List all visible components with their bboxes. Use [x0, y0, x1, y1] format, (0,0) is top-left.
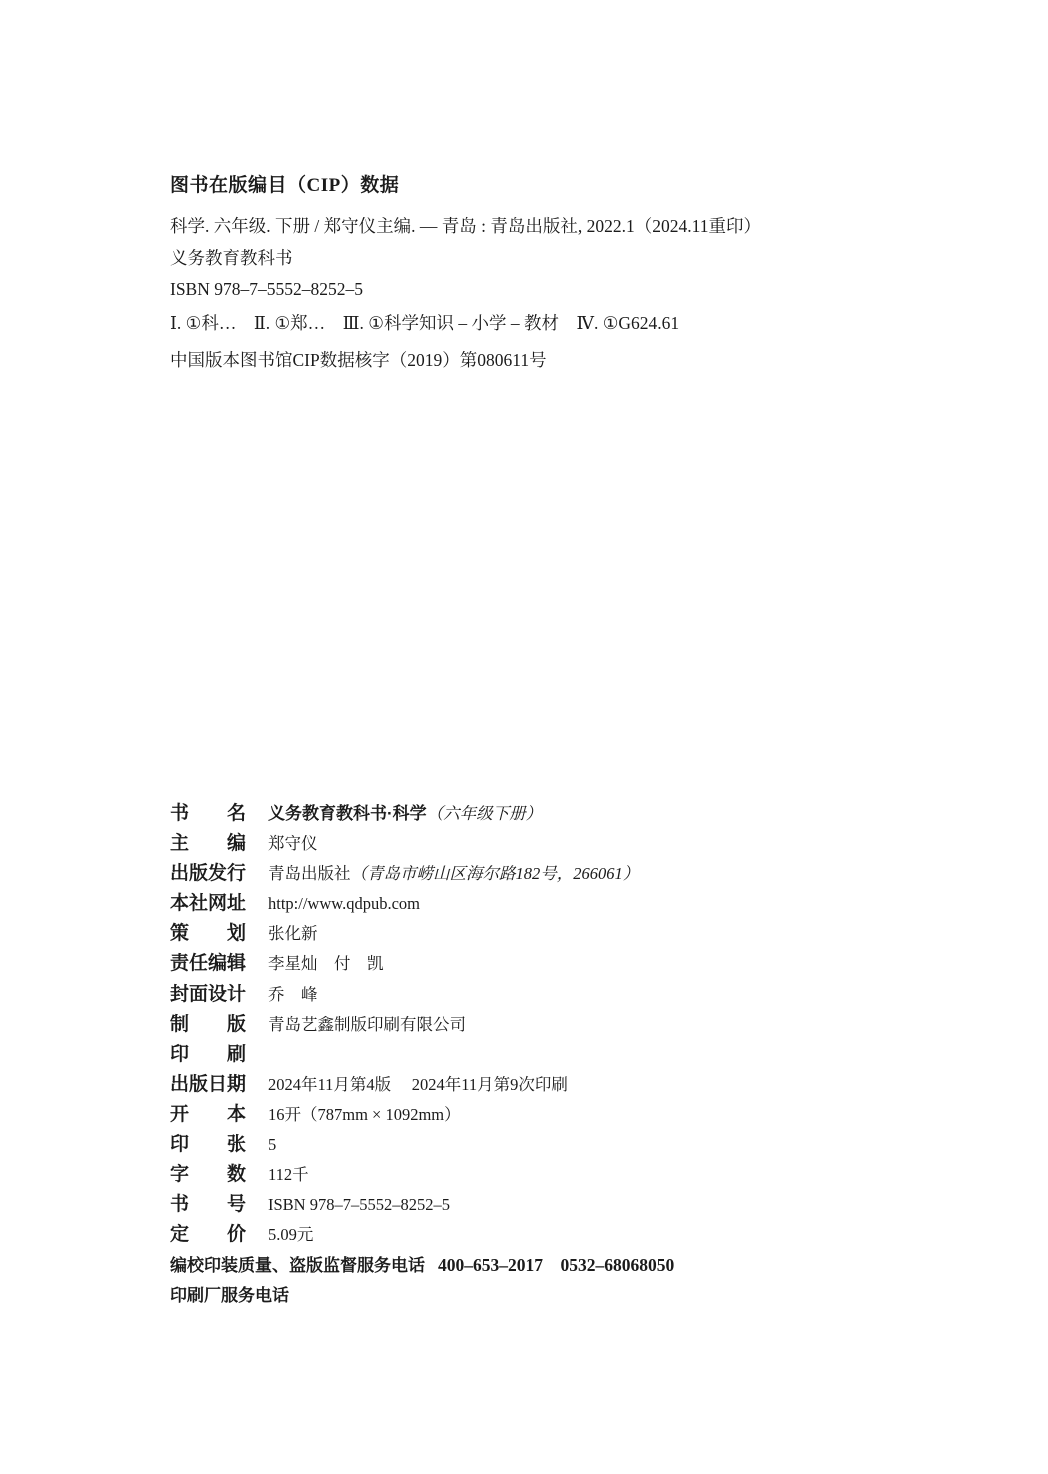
row-value: 张化新	[268, 919, 318, 949]
cip-classification-line: Ⅰ. ①科… Ⅱ. ①郑… Ⅲ. ①科学知识 – 小学 – 教材 Ⅳ. ①G62…	[170, 308, 890, 340]
colophon-row-responsible-editor: 责任编辑 李星灿 付 凯	[170, 949, 930, 979]
row-value-plain: ISBN 978–7–5552–8252–5	[268, 1195, 450, 1214]
colophon-row-publisher: 出版发行 青岛出版社（青岛市崂山区海尔路182号，266061）	[170, 859, 930, 889]
row-label: 定 价	[170, 1220, 248, 1250]
row-label: 字 数	[170, 1160, 248, 1190]
cip-heading-latin: CIP	[307, 175, 341, 196]
row-value-kai: （青岛市崂山区海尔路182号，266061）	[351, 864, 640, 883]
colophon-row-planner: 策 划 张化新	[170, 919, 930, 949]
row-value-plain: 李星灿 付 凯	[268, 954, 384, 973]
row-label: 出版日期	[170, 1070, 248, 1100]
colophon-row-publication-date: 出版日期 2024年11月第4版 2024年11月第9次印刷	[170, 1070, 930, 1100]
row-value: 5	[268, 1130, 276, 1160]
colophon-row-sheets: 印 张 5	[170, 1130, 930, 1160]
quality-hotline-numbers: 400–653–2017 0532–68068050	[438, 1250, 674, 1280]
colophon-row-isbn: 书 号 ISBN 978–7–5552–8252–5	[170, 1190, 930, 1220]
cip-heading-post: ）数据	[341, 175, 400, 196]
cip-record-line: 中国版本图书馆CIP数据核字（2019）第080611号	[170, 345, 890, 377]
row-value-plain: 5	[268, 1135, 276, 1154]
colophon-row-printing: 印 刷	[170, 1040, 930, 1070]
colophon-row-format: 开 本 16开（787mm × 1092mm）	[170, 1100, 930, 1130]
row-value: 2024年11月第4版 2024年11月第9次印刷	[268, 1070, 568, 1100]
row-value: 青岛艺鑫制版印刷有限公司	[268, 1010, 466, 1040]
row-value-bold: 义务教育教科书·科学	[268, 804, 427, 823]
row-value-plain: 16开（787mm × 1092mm）	[268, 1105, 461, 1124]
row-label: 出版发行	[170, 859, 248, 889]
row-label: 印 张	[170, 1130, 248, 1160]
row-label: 书 号	[170, 1190, 248, 1220]
colophon-row-platemaking: 制 版 青岛艺鑫制版印刷有限公司	[170, 1010, 930, 1040]
row-value: 义务教育教科书·科学（六年级下册）	[268, 799, 542, 829]
row-value-plain: 青岛出版社	[268, 864, 351, 883]
cip-section: 图书在版编目（CIP）数据 科学. 六年级. 下册 / 郑守仪主编. — 青岛 …	[170, 170, 890, 377]
row-value-plain: 5.09元	[268, 1225, 313, 1244]
publisher-url: http://www.qdpub.com	[268, 889, 420, 919]
row-value-plain: http://www.qdpub.com	[268, 894, 420, 913]
colophon-row-book-title: 书 名 义务教育教科书·科学（六年级下册）	[170, 799, 930, 829]
row-label: 印 刷	[170, 1040, 248, 1070]
row-value-plain: 112千	[268, 1165, 309, 1184]
row-value: 5.09元	[268, 1220, 313, 1250]
printer-hotline-label: 印刷厂服务电话	[170, 1281, 289, 1311]
copyright-page: 图书在版编目（CIP）数据 科学. 六年级. 下册 / 郑守仪主编. — 青岛 …	[0, 0, 1048, 1474]
row-value-plain: 青岛艺鑫制版印刷有限公司	[268, 1015, 466, 1034]
row-value-kai: （六年级下册）	[427, 804, 543, 823]
row-label: 本社网址	[170, 889, 248, 919]
row-value-plain: 2024年11月第4版 2024年11月第9次印刷	[268, 1075, 568, 1094]
row-label: 书 名	[170, 799, 248, 829]
row-label: 策 划	[170, 919, 248, 949]
colophon-section: 书 名 义务教育教科书·科学（六年级下册） 主 编 郑守仪 出版发行 青岛出版社…	[170, 799, 930, 1311]
row-label: 主 编	[170, 829, 248, 859]
row-label: 开 本	[170, 1100, 248, 1130]
row-value: 112千	[268, 1160, 309, 1190]
row-value: ISBN 978–7–5552–8252–5	[268, 1190, 450, 1220]
cip-isbn-line: ISBN 978–7–5552–8252–5	[170, 274, 890, 306]
colophon-row-word-count: 字 数 112千	[170, 1160, 930, 1190]
row-value-plain: 乔 峰	[268, 985, 318, 1004]
row-value: 李星灿 付 凯	[268, 949, 384, 979]
quality-hotline-label: 编校印装质量、盗版监督服务电话	[170, 1251, 425, 1281]
row-label: 制 版	[170, 1010, 248, 1040]
colophon-row-cover-design: 封面设计 乔 峰	[170, 980, 930, 1010]
row-value-plain: 张化新	[268, 924, 318, 943]
cip-series-line: 义务教育教科书	[170, 243, 890, 275]
cip-heading: 图书在版编目（CIP）数据	[170, 170, 890, 196]
footer-printer-line: 印刷厂服务电话	[170, 1281, 930, 1311]
row-label: 责任编辑	[170, 949, 248, 979]
cip-title-line: 科学. 六年级. 下册 / 郑守仪主编. — 青岛 : 青岛出版社, 2022.…	[170, 211, 890, 243]
colophon-row-price: 定 价 5.09元	[170, 1220, 930, 1250]
row-value: 乔 峰	[268, 980, 318, 1010]
cip-heading-pre: 图书在版编目（	[170, 175, 307, 196]
row-value: 青岛出版社（青岛市崂山区海尔路182号，266061）	[268, 859, 639, 889]
footer-quality-line: 编校印装质量、盗版监督服务电话 400–653–2017 0532–680680…	[170, 1250, 930, 1280]
row-label: 封面设计	[170, 980, 248, 1010]
row-value: 16开（787mm × 1092mm）	[268, 1100, 461, 1130]
row-value: 郑守仪	[268, 829, 318, 859]
colophon-row-chief-editor: 主 编 郑守仪	[170, 829, 930, 859]
colophon-row-website: 本社网址 http://www.qdpub.com	[170, 889, 930, 919]
row-value-plain: 郑守仪	[268, 834, 318, 853]
